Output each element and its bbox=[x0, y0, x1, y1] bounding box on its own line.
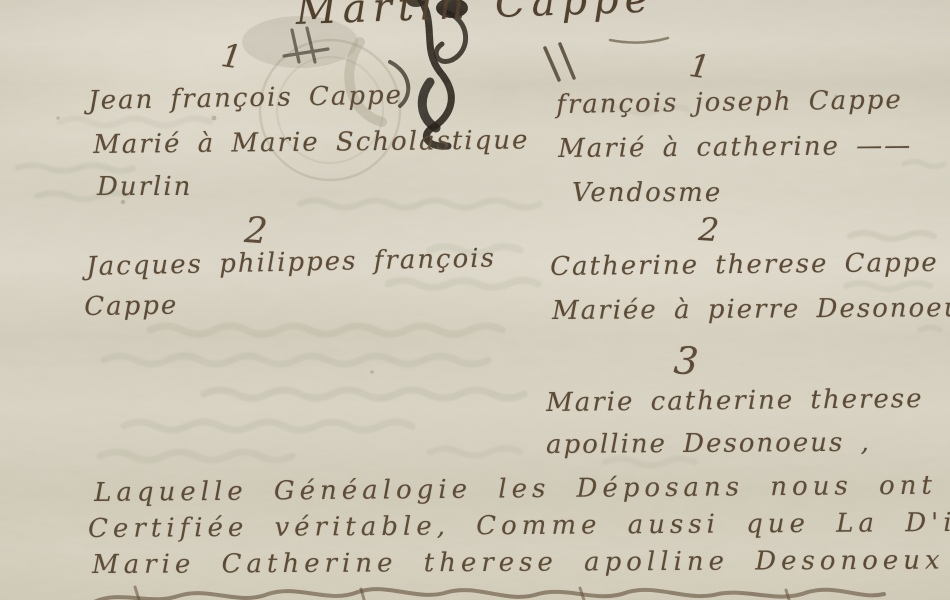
left-entry-1-line: Durlin bbox=[97, 172, 192, 202]
right-entry-1-line: Marié à catherine —— bbox=[558, 131, 912, 164]
right-entry-1-line: françois joseph Cappe bbox=[556, 85, 903, 120]
right-entry-2-number: 2 bbox=[697, 210, 722, 249]
right-entry-2-line: Mariée à pierre Desonoeus bbox=[552, 293, 950, 326]
left-entry-1-line: Jean françois Cappe bbox=[88, 81, 403, 116]
left-entry-2-line: Cappe bbox=[84, 291, 178, 322]
manuscript-page: Martin Cappe 1 Jean françois Cappe Marié… bbox=[0, 0, 950, 600]
left-entry-1-number: 1 bbox=[219, 36, 246, 77]
left-entry-1-line: Marié à Marie Scholastique bbox=[93, 125, 530, 160]
right-entry-1-number: 1 bbox=[687, 46, 714, 87]
page-title: Martin Cappe bbox=[295, 0, 655, 34]
closing-paragraph-line: Marie Catherine therese apolline Desonoe… bbox=[92, 545, 950, 580]
right-entry-3-line: apolline Desonoeus , bbox=[546, 428, 871, 460]
left-entry-2-line: Jacques philippes françois bbox=[86, 243, 496, 282]
right-entry-3-line: Marie catherine therese bbox=[546, 384, 924, 418]
right-entry-3-number: 3 bbox=[672, 338, 702, 384]
left-entry-2-number: 2 bbox=[243, 210, 271, 253]
right-entry-2-line: Catherine therese Cappe bbox=[550, 248, 939, 282]
closing-paragraph-line: Certifiée véritable, Comme aussi que La … bbox=[88, 507, 950, 544]
right-entry-1-line: Vendosme bbox=[572, 178, 722, 208]
closing-paragraph-line: Laquelle Généalogie les Déposans nous on… bbox=[94, 470, 950, 508]
